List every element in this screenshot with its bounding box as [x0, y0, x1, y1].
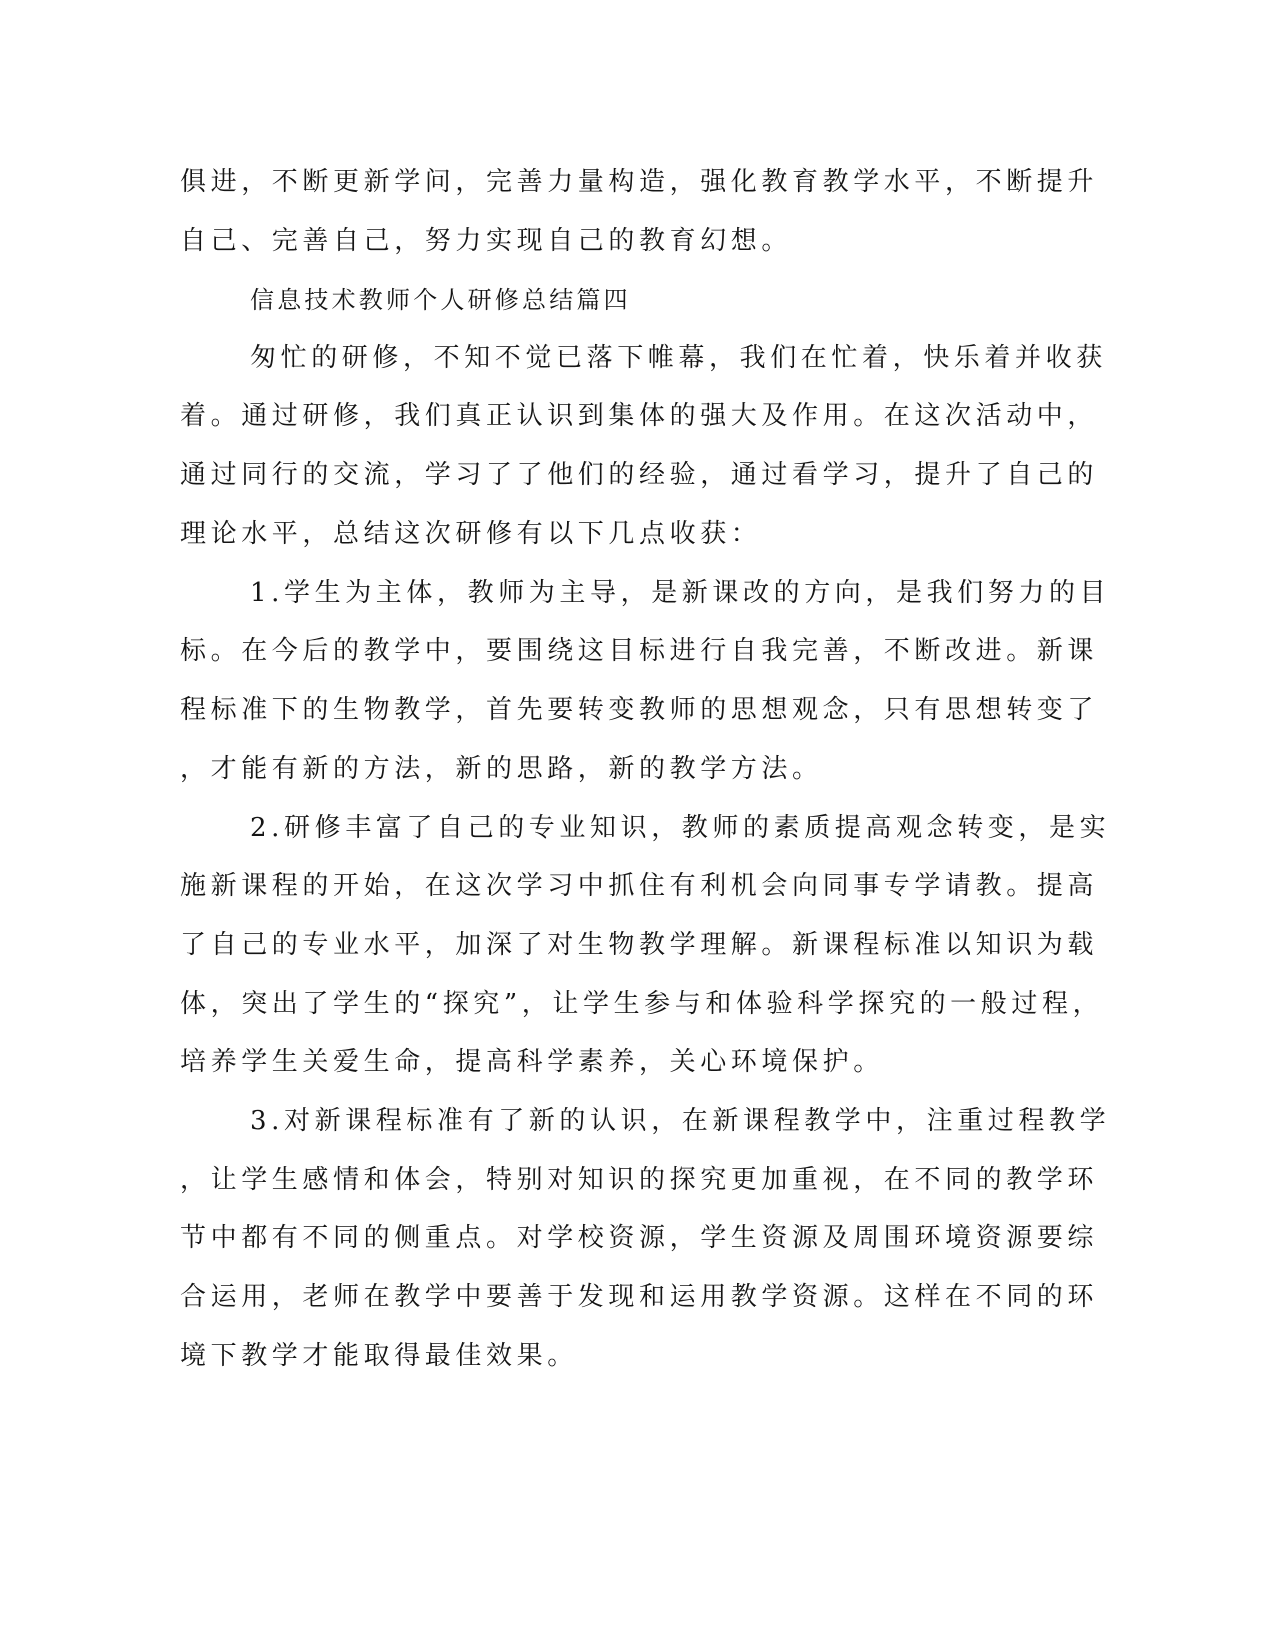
point-2-line-4: 体，突出了学生的“探究”，让学生参与和体验科学探究的一般过程，	[180, 988, 1040, 1020]
point-3-line-5: 境下教学才能取得最佳效果。	[180, 1340, 1040, 1372]
point-1-line-3: 程标准下的生物教学，首先要转变教师的思想观念，只有思想转变了	[180, 694, 1040, 726]
point-3-line-4: 合运用，老师在教学中要善于发现和运用教学资源。这样在不同的环	[180, 1281, 1040, 1313]
point-2-line-3: 了自己的专业水平，加深了对生物教学理解。新课程标准以知识为载	[180, 929, 1040, 961]
point-1-line-4: ，才能有新的方法，新的思路，新的教学方法。	[180, 753, 1040, 785]
paragraph-continuation-line-1: 俱进，不断更新学问，完善力量构造，强化教育教学水平，不断提升	[180, 166, 1040, 198]
section-heading: 信息技术教师个人研修总结篇四	[250, 284, 1110, 316]
point-1-line-1: 1.学生为主体，教师为主导，是新课改的方向，是我们努力的目	[250, 577, 1040, 609]
intro-line-2: 着。通过研修，我们真正认识到集体的强大及作用。在这次活动中，	[180, 400, 1040, 432]
document-page: 俱进，不断更新学问，完善力量构造，强化教育教学水平，不断提升 自己、完善自己，努…	[0, 0, 1275, 1650]
point-2-line-2: 施新课程的开始，在这次学习中抓住有利机会向同事专学请教。提高	[180, 870, 1040, 902]
intro-line-3: 通过同行的交流，学习了了他们的经验，通过看学习，提升了自己的	[180, 459, 1040, 491]
intro-line-4: 理论水平，总结这次研修有以下几点收获：	[180, 518, 1040, 550]
intro-line-1: 匆忙的研修，不知不觉已落下帷幕，我们在忙着，快乐着并收获	[250, 342, 1040, 374]
point-3-line-3: 节中都有不同的侧重点。对学校资源，学生资源及周围环境资源要综	[180, 1222, 1040, 1254]
paragraph-continuation-line-2: 自己、完善自己，努力实现自己的教育幻想。	[180, 225, 1040, 257]
point-2-line-1: 2.研修丰富了自己的专业知识，教师的素质提高观念转变，是实	[250, 812, 1040, 844]
point-3-line-1: 3.对新课程标准有了新的认识，在新课程教学中，注重过程教学	[250, 1105, 1040, 1137]
point-1-line-2: 标。在今后的教学中，要围绕这目标进行自我完善，不断改进。新课	[180, 635, 1040, 667]
point-3-line-2: ，让学生感情和体会，特别对知识的探究更加重视，在不同的教学环	[180, 1164, 1040, 1196]
point-2-line-5: 培养学生关爱生命，提高科学素养，关心环境保护。	[180, 1046, 1040, 1078]
